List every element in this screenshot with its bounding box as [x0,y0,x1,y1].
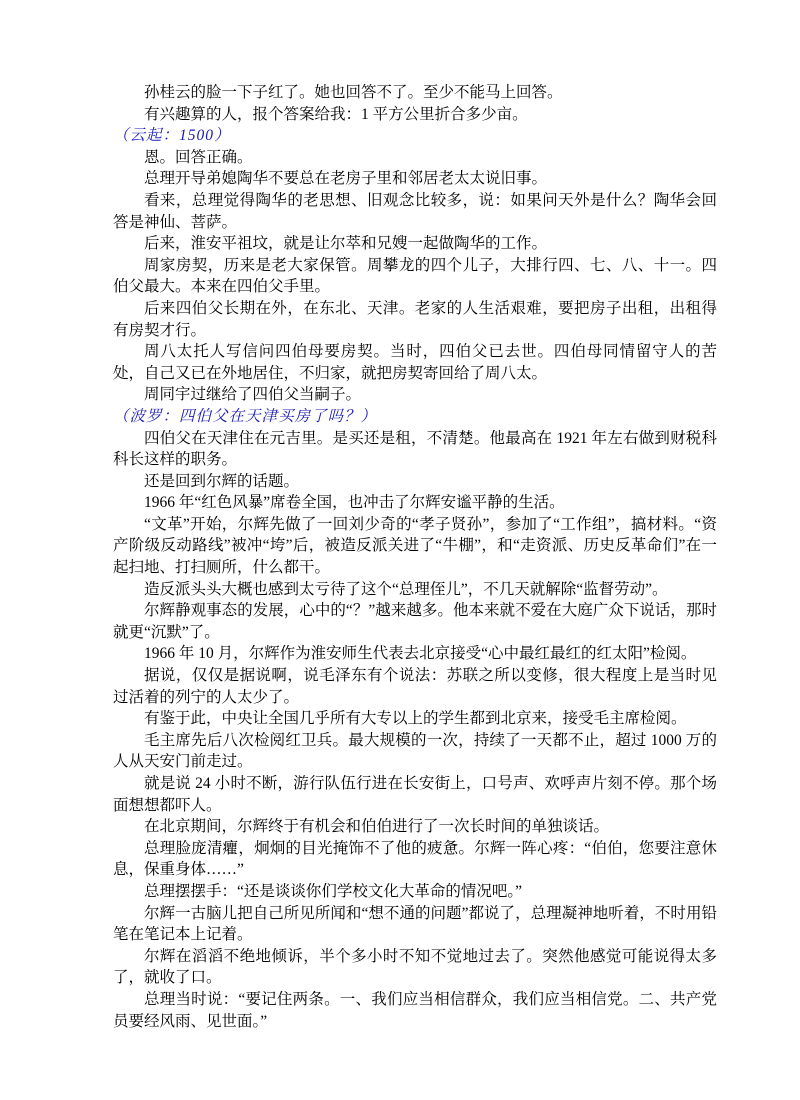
paragraph: 毛主席先后八次检阅红卫兵。最大规模的一次，持续了一天都不止，超过 1000 万的… [113,730,717,773]
paragraph: 总理摆摆手：“还是谈谈你们学校文化大革命的情况吧。” [113,881,717,903]
paragraph: 后来四伯父长期在外，在东北、天津。老家的人生活艰难，要把房子出租，出租得有房契才… [113,298,717,341]
paragraph: 尔辉静观事态的发展，心中的“？”越来越多。他本来就不爱在大庭广众下说话，那时就更… [113,600,717,643]
paragraph: 尔辉在滔滔不绝地倾诉，半个多小时不知不觉地过去了。突然他感觉可能说得太多了，就收… [113,946,717,989]
paragraph: 总理脸庞清癯，炯炯的目光掩饰不了他的疲惫。尔辉一阵心疼：“伯伯，您要注意休息，保… [113,838,717,881]
annotation-line: （波罗：四伯父在天津买房了吗？） [113,406,717,428]
paragraph: 后来，淮安平祖坟，就是让尔萃和兄嫂一起做陶华的工作。 [113,233,717,255]
paragraph: “文革”开始，尔辉先做了一回刘少奇的“孝子贤孙”，参加了“工作组”，搞材料。“资… [113,514,717,579]
paragraph: 有兴趣算的人，报个答案给我：1 平方公里折合多少亩。 [113,104,717,126]
paragraph: 还是回到尔辉的话题。 [113,471,717,493]
paragraph: 看来，总理觉得陶华的老思想、旧观念比较多，说：如果问天外是什么？陶华会回答是神仙… [113,190,717,233]
paragraph: 总理开导弟媳陶华不要总在老房子里和邻居老太太说旧事。 [113,168,717,190]
paragraph: 周家房契，历来是老大家保管。周攀龙的四个儿子，大排行四、七、八、十一。四伯父最大… [113,255,717,298]
paragraph: 周八太托人写信问四伯母要房契。当时，四伯父已去世。四伯母同情留守人的苦处，自己又… [113,341,717,384]
annotation-line: （云起：1500） [113,125,717,147]
document-page: 孙桂云的脸一下子红了。她也回答不了。至少不能马上回答。 有兴趣算的人，报个答案给… [0,0,800,1100]
paragraph: 就是说 24 小时不断，游行队伍行进在长安街上，口号声、欢呼声片刻不停。那个场面… [113,773,717,816]
document-text-block: 孙桂云的脸一下子红了。她也回答不了。至少不能马上回答。 有兴趣算的人，报个答案给… [113,82,717,1032]
paragraph: 总理当时说：“要记住两条。一、我们应当相信群众，我们应当相信党。二、共产党员要经… [113,989,717,1032]
paragraph: 四伯父在天津住在元吉里。是买还是租，不清楚。他最高在 1921 年左右做到财税科… [113,428,717,471]
paragraph: 孙桂云的脸一下子红了。她也回答不了。至少不能马上回答。 [113,82,717,104]
paragraph: 有鉴于此，中央让全国几乎所有大专以上的学生都到北京来，接受毛主席检阅。 [113,708,717,730]
paragraph: 恩。回答正确。 [113,147,717,169]
paragraph: 据说，仅仅是据说啊，说毛泽东有个说法：苏联之所以变修，很大程度上是当时见过活着的… [113,665,717,708]
paragraph: 周同宇过继给了四伯父当嗣子。 [113,384,717,406]
paragraph: 1966 年“红色风暴”席卷全国，也冲击了尔辉安谧平静的生活。 [113,492,717,514]
paragraph: 在北京期间，尔辉终于有机会和伯伯进行了一次长时间的单独谈话。 [113,816,717,838]
paragraph: 1966 年 10 月，尔辉作为淮安师生代表去北京接受“心中最红最红的红太阳”检… [113,643,717,665]
paragraph: 造反派头头大概也感到太亏待了这个“总理侄儿”，不几天就解除“监督劳动”。 [113,579,717,601]
paragraph: 尔辉一古脑儿把自己所见所闻和“想不通的问题”都说了，总理凝神地听着，不时用铅笔在… [113,903,717,946]
